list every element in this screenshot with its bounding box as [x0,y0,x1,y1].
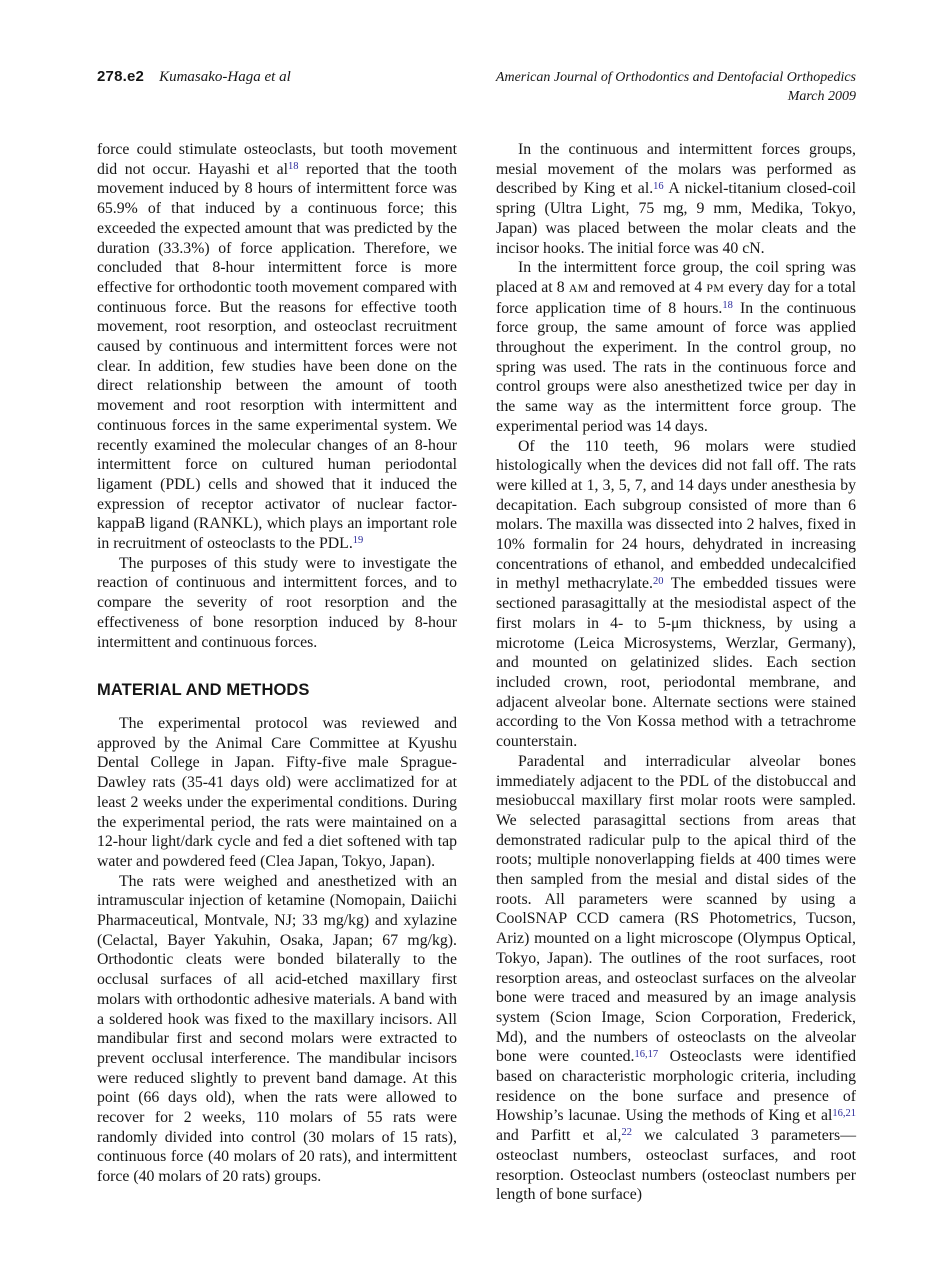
citation-link[interactable]: 18 [722,300,733,311]
citation-link[interactable]: 16 [653,181,664,192]
citation-link[interactable]: 18 [288,161,299,172]
citation-link[interactable]: 16,17 [634,1049,658,1060]
journal-title: American Journal of Orthodontics and Den… [496,68,856,87]
paragraph: Of the 110 teeth, 96 molars were studied… [496,437,856,752]
journal-page: 278.e2 Kumasako-Haga et al American Jour… [0,0,950,1272]
page-number: 278.e2 [97,68,144,85]
left-column: force could stimulate osteoclasts, but t… [97,140,457,1205]
paragraph: The experimental protocol was reviewed a… [97,714,457,872]
journal-issue-date: March 2009 [496,87,856,106]
paragraph: The purposes of this study were to inves… [97,554,457,653]
paragraph: In the intermittent force group, the coi… [496,258,856,436]
journal-reference: American Journal of Orthodontics and Den… [496,68,856,106]
paragraph: force could stimulate osteoclasts, but t… [97,140,457,554]
citation-link[interactable]: 19 [353,535,364,546]
page-header: 278.e2 Kumasako-Haga et al American Jour… [97,68,856,106]
running-head-left: 278.e2 Kumasako-Haga et al [97,68,291,86]
paragraph: The rats were weighed and anesthetized w… [97,872,457,1187]
right-column: In the continuous and intermittent force… [496,140,856,1205]
article-body: force could stimulate osteoclasts, but t… [97,140,856,1205]
time-meridiem: PM [706,281,724,295]
citation-link[interactable]: 20 [653,576,664,587]
citation-link[interactable]: 22 [621,1127,632,1138]
running-authors: Kumasako-Haga et al [159,69,291,86]
citation-link[interactable]: 16,21 [832,1108,856,1119]
paragraph: Paradental and interradicular alveolar b… [496,752,856,1205]
time-meridiem: AM [569,281,589,295]
paragraph: In the continuous and intermittent force… [496,140,856,258]
section-heading: MATERIAL AND METHODS [97,681,457,701]
